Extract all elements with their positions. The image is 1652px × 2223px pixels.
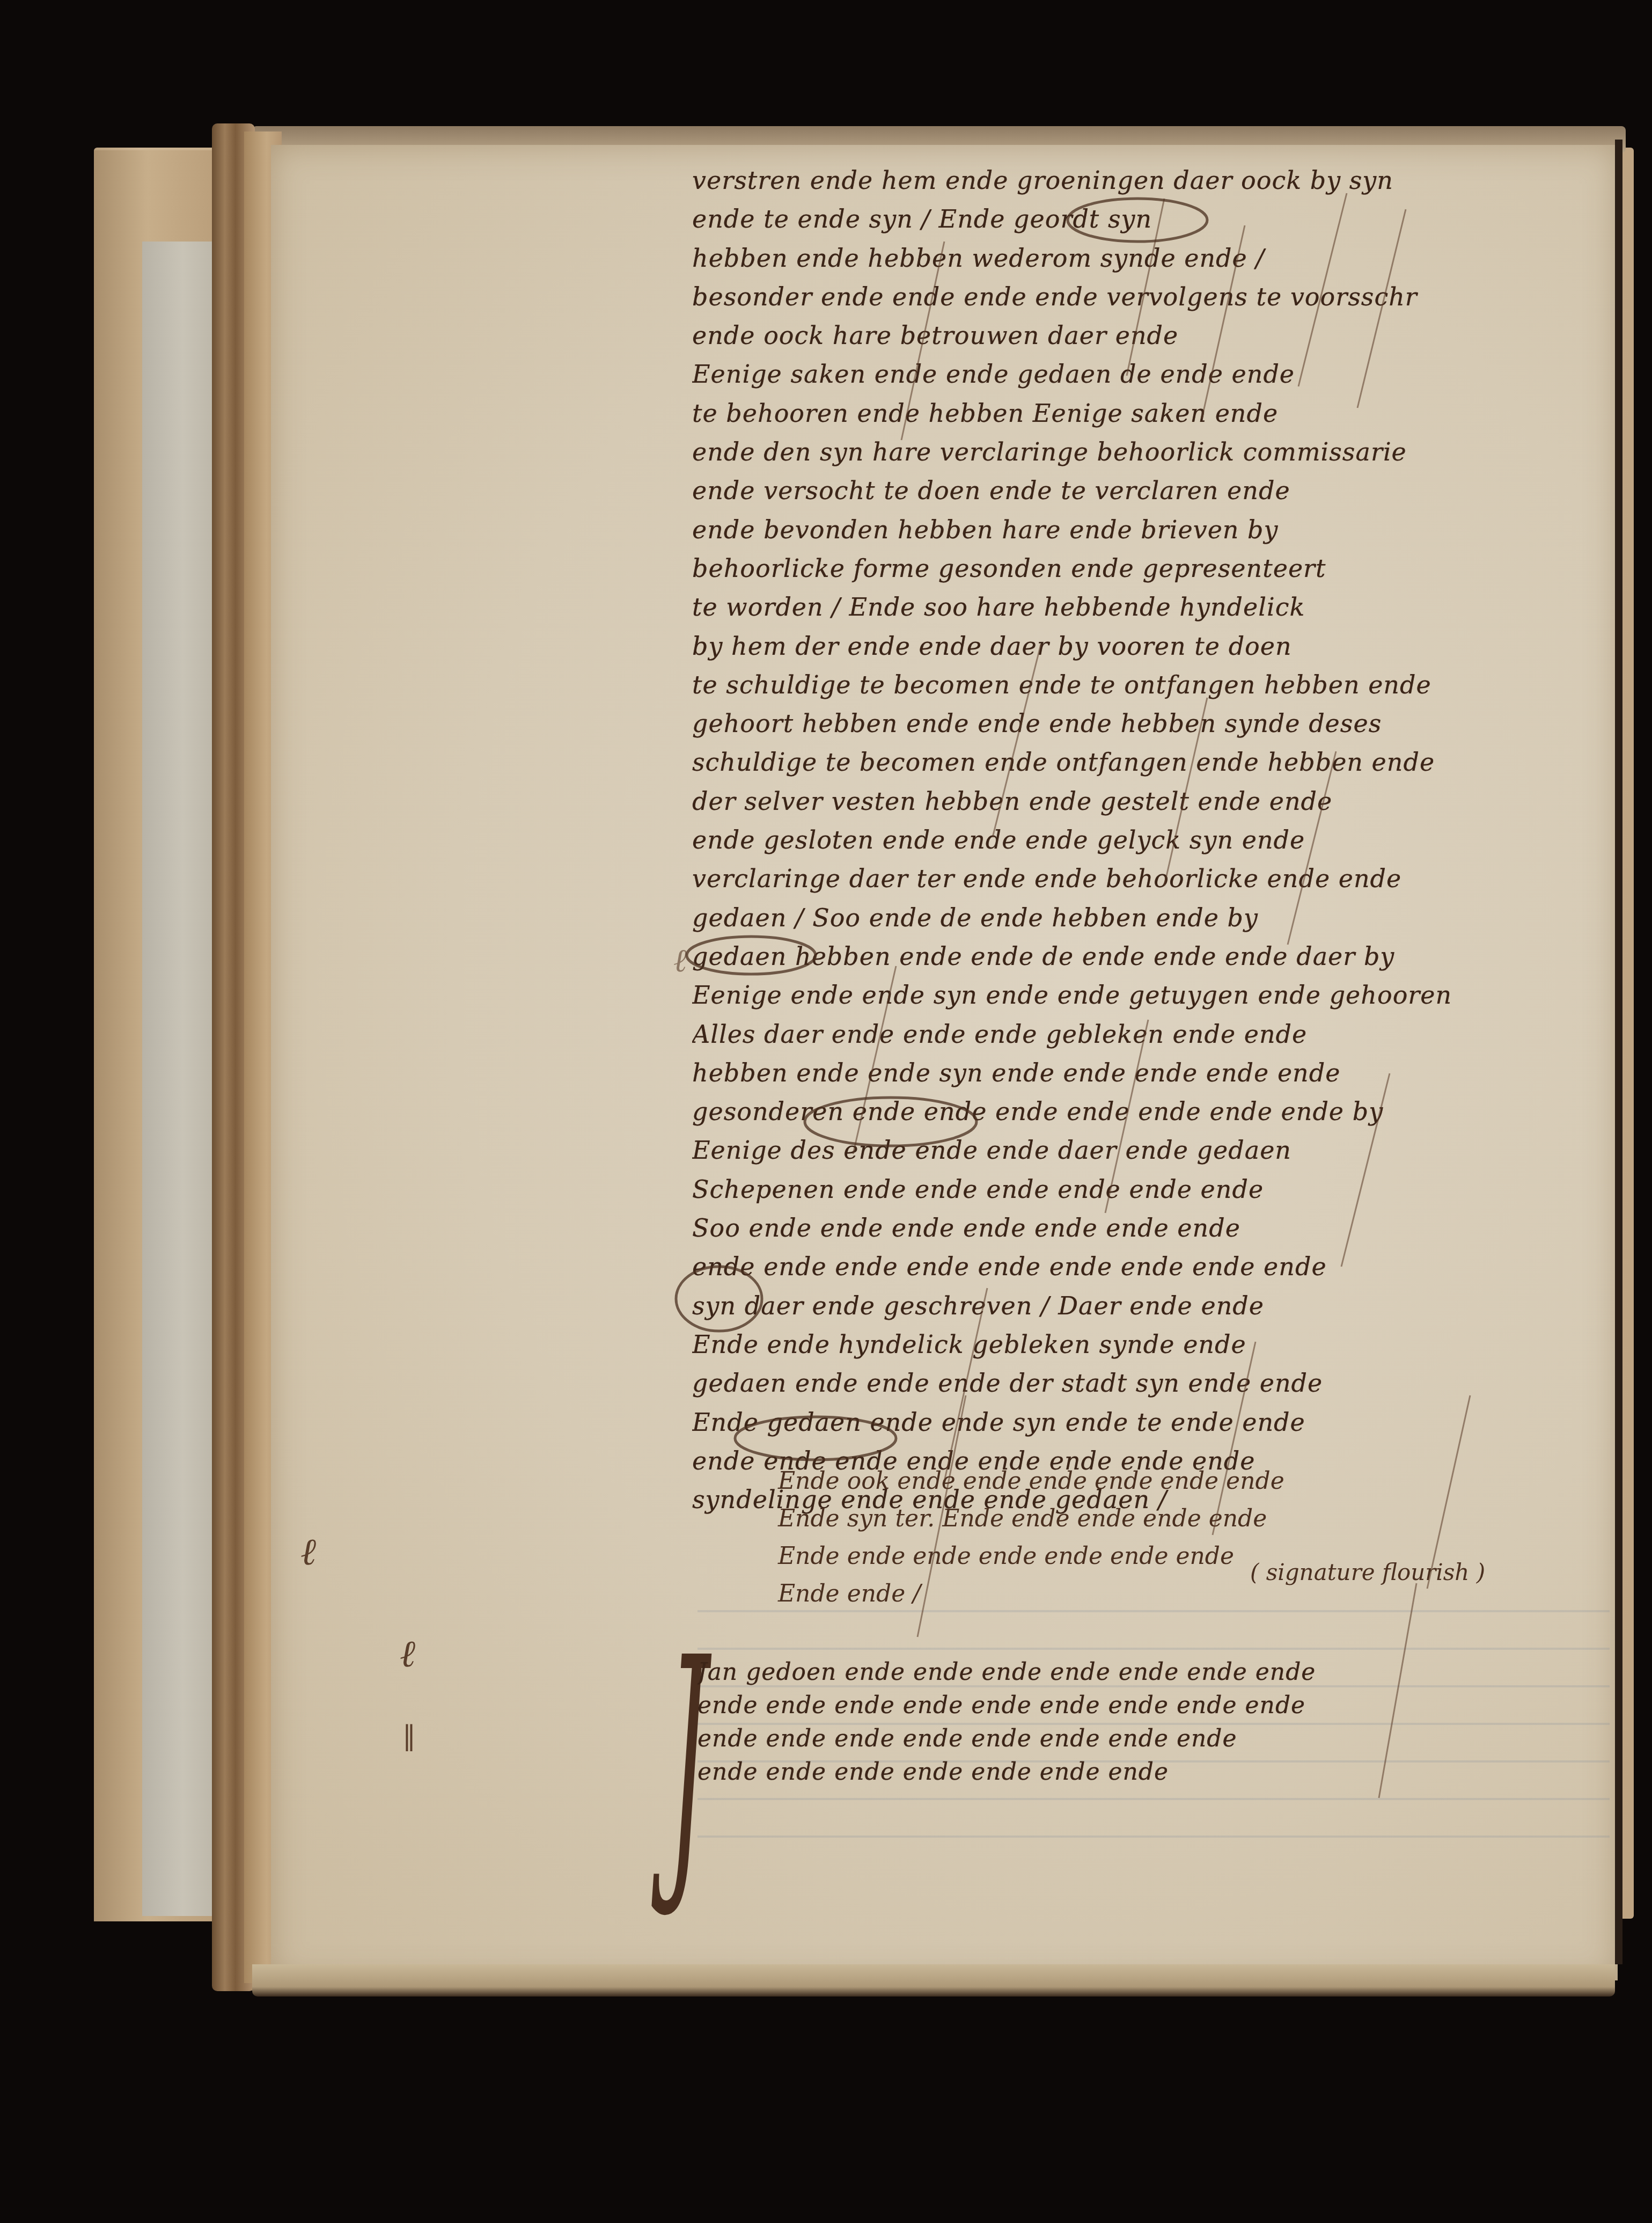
text-line: hebben ende hebben wederom synde ende / [692,239,1620,277]
text-line: by hem der ende ende daer by vooren te d… [692,627,1620,666]
text-line: ende gesloten ende ende ende gelyck syn … [692,821,1620,859]
text-line: Schepenen ende ende ende ende ende ende [692,1170,1620,1209]
margin-mark: ℓ [300,1530,316,1574]
text-line: gedaen ende ende ende der stadt syn ende… [692,1364,1620,1402]
second-paragraph: Jan gedoen ende ende ende ende ende ende… [697,1656,1620,1789]
text-line: Soo ende ende ende ende ende ende ende [692,1209,1620,1247]
text-line: ende bevonden hebben hare ende brieven b… [692,510,1620,549]
text-line: Ende ende hyndelick gebleken synde ende [692,1325,1620,1364]
text-line: gedaen / Soo ende de ende hebben ende by [692,898,1620,937]
text-line: besonder ende ende ende ende vervolgens … [692,277,1620,316]
page-bottom-edge [252,1964,1615,1997]
margin-mark: ℓ [673,942,687,979]
text-line: der selver vesten hebben ende gestelt en… [692,782,1620,821]
margin-mark: ℓ [400,1632,415,1676]
text-line: hebben ende ende syn ende ende ende ende… [692,1054,1620,1092]
text-line: Eenige ende ende syn ende ende getuygen … [692,976,1620,1014]
text-line: Ende gedaen ende ende syn ende te ende e… [692,1403,1620,1442]
text-line: schuldige te becomen ende ontfangen ende… [692,743,1620,781]
text-line: ende oock hare betrouwen daer ende [692,316,1620,355]
text-line: ende te ende syn / Ende geordt syn [692,200,1620,238]
text-line: syn daer ende geschreven / Daer ende end… [692,1286,1620,1325]
grey-paper-strip [142,242,223,1916]
text-line: ende ende ende ende ende ende ende ende … [692,1247,1620,1286]
closing-line: Ende ook ende ende ende ende ende ende [778,1462,1610,1500]
text-line: ende den syn hare verclaringe behoorlick… [692,433,1620,471]
text-line: ende ende ende ende ende ende ende ende [697,1722,1620,1756]
text-line: verstren ende hem ende groeningen daer o… [692,161,1620,200]
main-text-block: verstren ende hem ende groeningen daer o… [692,161,1620,1519]
text-line: ende versocht te doen ende te verclaren … [692,471,1620,510]
text-line: te behooren ende hebben Eenige saken end… [692,394,1620,433]
text-line: ende ende ende ende ende ende ende [697,1756,1620,1789]
text-line: ende ende ende ende ende ende ende ende … [697,1689,1620,1722]
text-line: verclaringe daer ter ende ende behoorlic… [692,859,1620,898]
text-line: Eenige des ende ende ende daer ende geda… [692,1131,1620,1169]
text-line: gehoort hebben ende ende ende hebben syn… [692,704,1620,743]
text-line: gesonderen ende ende ende ende ende ende… [692,1092,1620,1131]
text-line: behoorlicke forme gesonden ende gepresen… [692,549,1620,588]
text-line: te schuldige te becomen ende te ontfange… [692,666,1620,704]
signature: ( signature flourish ) [1250,1559,1485,1585]
margin-mark-double-stroke: ‖ [402,1720,416,1751]
text-line: te worden / Ende soo hare hebbende hynde… [692,588,1620,626]
text-line: Jan gedoen ende ende ende ende ende ende… [697,1656,1620,1689]
closing-lines: Ende ook ende ende ende ende ende ende E… [778,1462,1610,1613]
closing-line: Ende syn ter. Ende ende ende ende ende [778,1500,1610,1538]
text-line: Alles daer ende ende ende gebleken ende … [692,1015,1620,1054]
text-line: Eenige saken ende ende gedaen de ende en… [692,355,1620,393]
text-line: gedaen hebben ende ende de ende ende end… [692,937,1620,976]
